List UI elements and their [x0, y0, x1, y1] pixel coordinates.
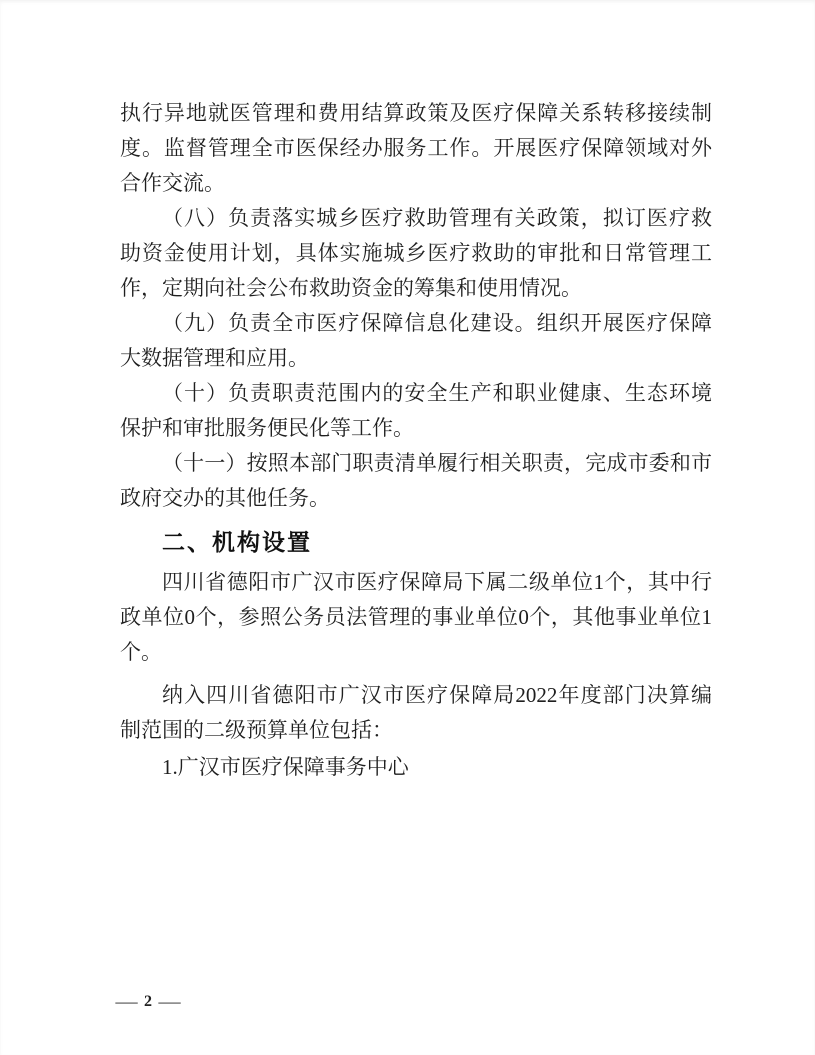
- paragraph: 1.广汉市医疗保障事务中心: [120, 750, 712, 785]
- paragraph: 四川省德阳市广汉市医疗保障局下属二级单位1个，其中行 政单位0个，参照公务员法管…: [120, 565, 712, 670]
- body-text: 执行异地就医管理和费用结算政策及医疗保障关系转移接续制 度。监督管理全市医保经办…: [120, 96, 712, 785]
- text-line: 合作交流。: [120, 166, 712, 201]
- paragraph: 执行异地就医管理和费用结算政策及医疗保障关系转移接续制 度。监督管理全市医保经办…: [120, 96, 712, 201]
- footer-dash-left: —: [115, 992, 137, 1012]
- footer-dash-right: —: [158, 992, 180, 1012]
- text-line: 1.广汉市医疗保障事务中心: [120, 750, 712, 785]
- text-line: 制范围的二级预算单位包括：: [120, 713, 712, 748]
- text-line: （九）负责全市医疗保障信息化建设。组织开展医疗保障: [120, 306, 712, 341]
- document-page: 执行异地就医管理和费用结算政策及医疗保障关系转移接续制 度。监督管理全市医保经办…: [0, 0, 815, 1055]
- paragraph: （十一）按照本部门职责清单履行相关职责，完成市委和市 政府交办的其他任务。: [120, 446, 712, 516]
- text-line: 度。监督管理全市医保经办服务工作。开展医疗保障领域对外: [120, 131, 712, 166]
- text-line: 助资金使用计划，具体实施城乡医疗救助的审批和日常管理工: [120, 236, 712, 271]
- text-line: （八）负责落实城乡医疗救助管理有关政策，拟订医疗救: [120, 201, 712, 236]
- text-line: 政单位0个，参照公务员法管理的事业单位0个，其他事业单位1: [120, 600, 712, 635]
- page-footer: — 2 —: [118, 992, 178, 1012]
- text-line: （十一）按照本部门职责清单履行相关职责，完成市委和市: [120, 446, 712, 481]
- text-line: 四川省德阳市广汉市医疗保障局下属二级单位1个，其中行: [120, 565, 712, 600]
- paragraph: （九）负责全市医疗保障信息化建设。组织开展医疗保障 大数据管理和应用。: [120, 306, 712, 376]
- text-line: （十）负责职责范围内的安全生产和职业健康、生态环境: [120, 376, 712, 411]
- text-line: 执行异地就医管理和费用结算政策及医疗保障关系转移接续制: [120, 96, 712, 131]
- page-number: 2: [144, 993, 152, 1011]
- text-line: 个。: [120, 635, 712, 670]
- text-line: 作，定期向社会公布救助资金的筹集和使用情况。: [120, 271, 712, 306]
- section-heading: 二、机构设置: [120, 525, 712, 560]
- paragraph: （八）负责落实城乡医疗救助管理有关政策，拟订医疗救 助资金使用计划，具体实施城乡…: [120, 201, 712, 306]
- text-line: 保护和审批服务便民化等工作。: [120, 411, 712, 446]
- text-line: 纳入四川省德阳市广汉市医疗保障局2022年度部门决算编: [120, 678, 712, 713]
- paragraph: （十）负责职责范围内的安全生产和职业健康、生态环境 保护和审批服务便民化等工作。: [120, 376, 712, 446]
- text-line: 政府交办的其他任务。: [120, 481, 712, 516]
- paragraph: 纳入四川省德阳市广汉市医疗保障局2022年度部门决算编 制范围的二级预算单位包括…: [120, 678, 712, 748]
- text-line: 大数据管理和应用。: [120, 341, 712, 376]
